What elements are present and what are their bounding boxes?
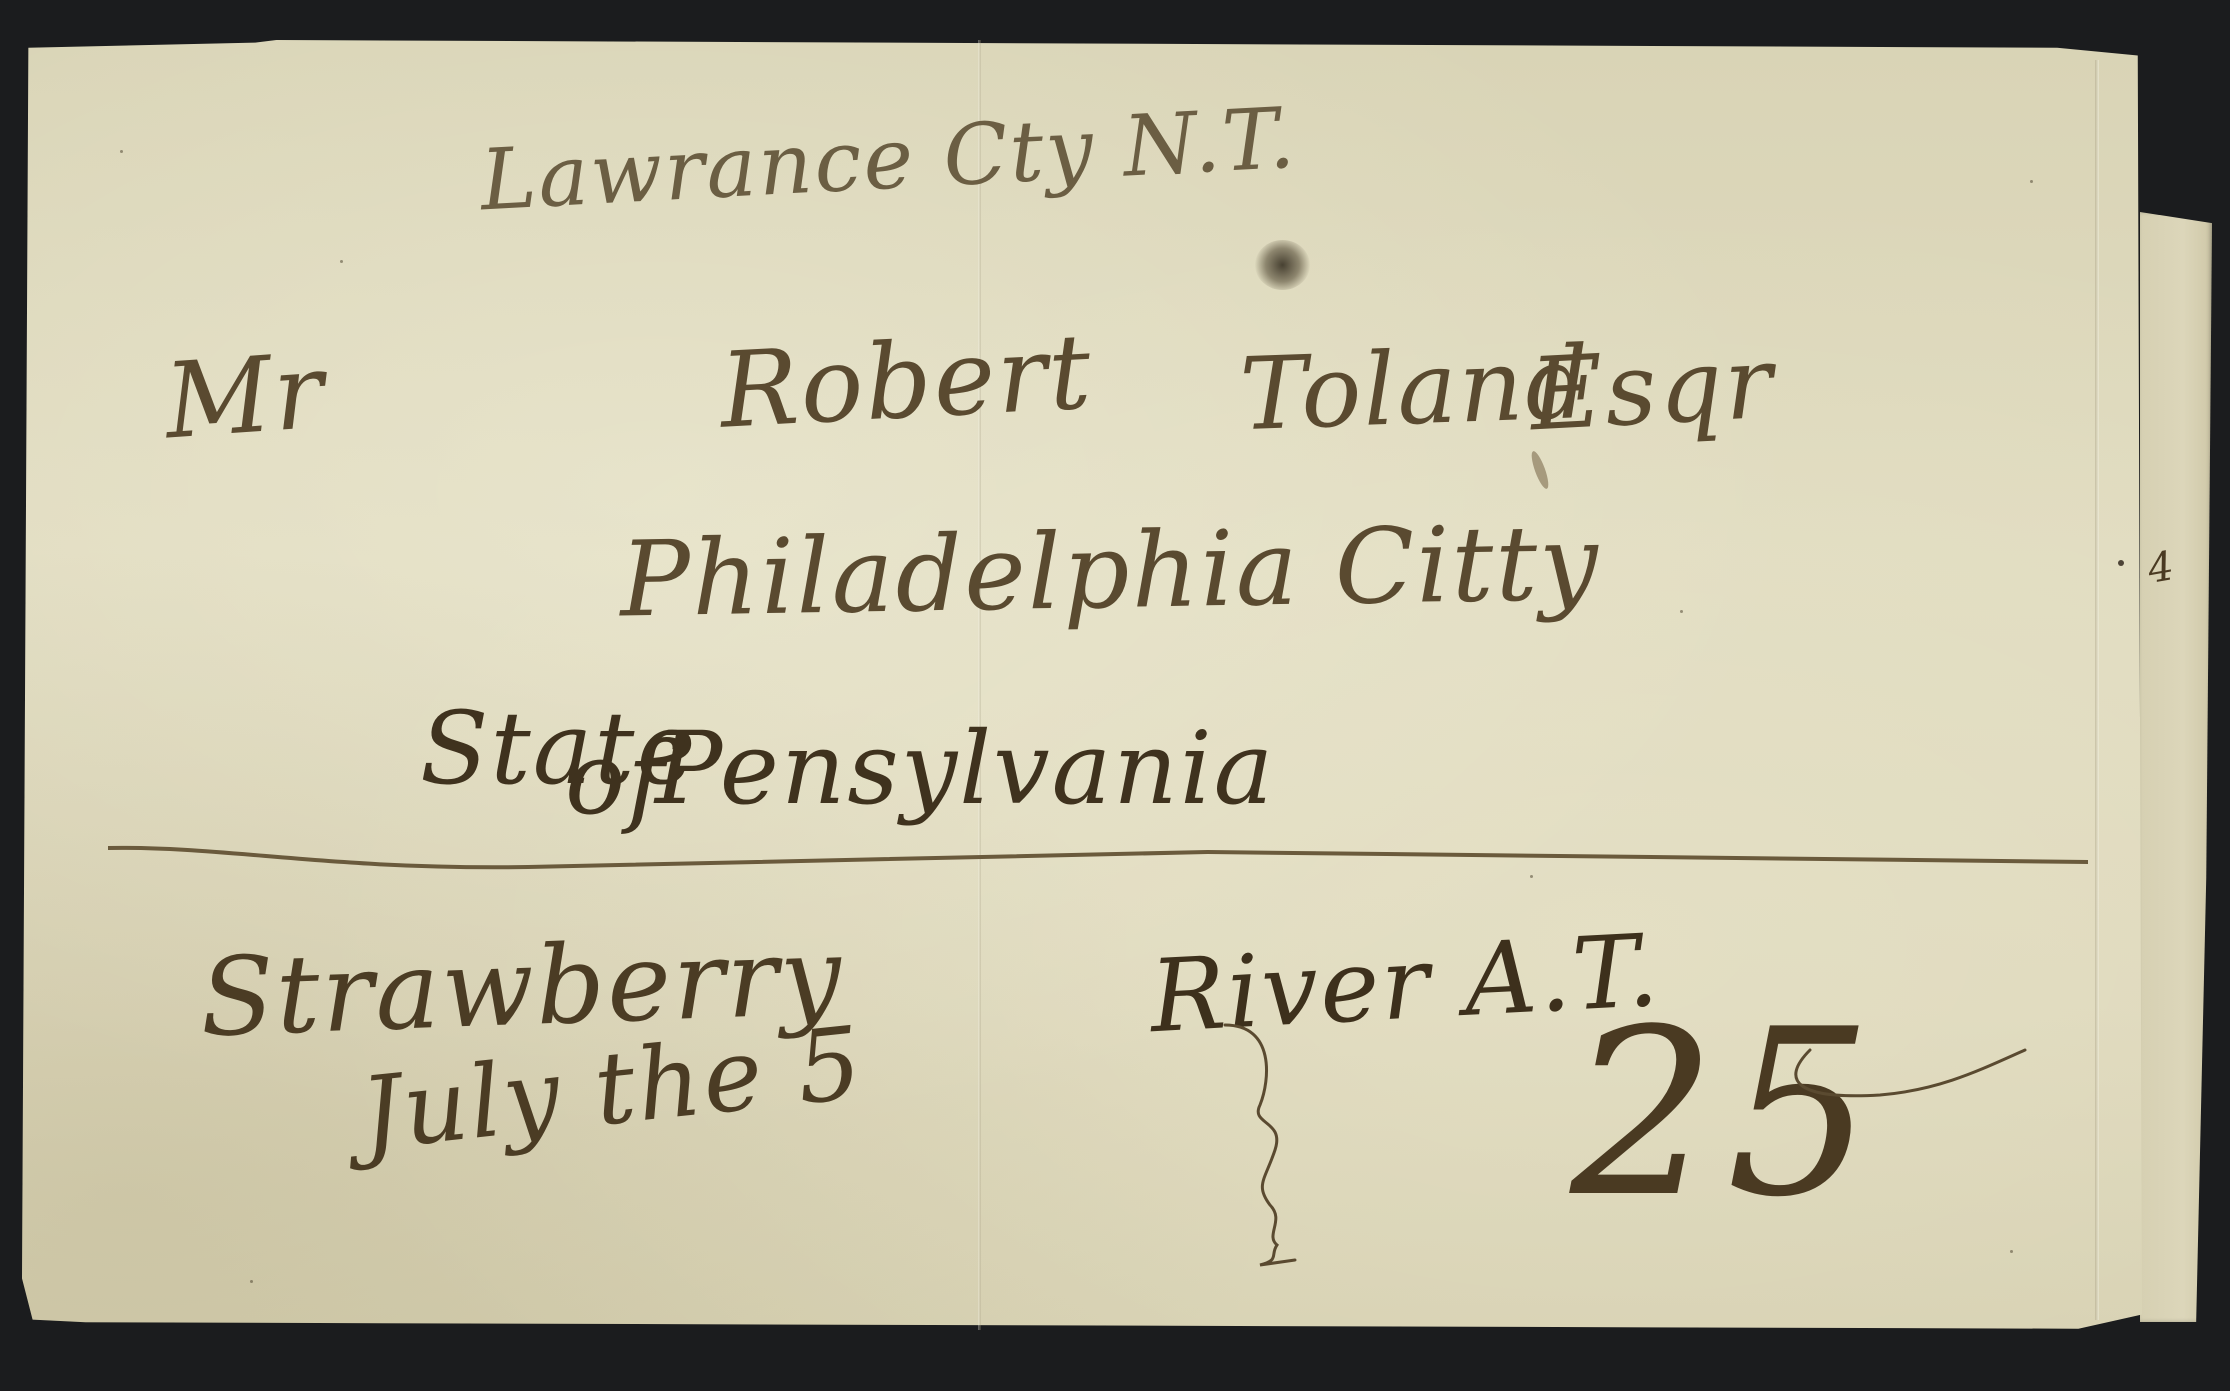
- salutation: Mr: [161, 330, 329, 463]
- state-of: of: [565, 720, 666, 837]
- bracket-squiggle-mark: [1215, 1020, 1305, 1270]
- ink-blot: [1255, 240, 1310, 290]
- back-folded-flap: [2140, 212, 2212, 1322]
- center-fold-crease: [978, 40, 981, 1330]
- city-line: Philadelphia Citty: [619, 501, 1601, 640]
- recipient-first-name: Robert: [717, 310, 1095, 451]
- divider-line: [108, 840, 2088, 870]
- recipient-suffix: Esqr: [1527, 324, 1777, 454]
- state-name: Pensylvania: [655, 710, 1275, 827]
- letter-scan: 4 Lawrance Cty N.T. Mr Robert Toland Esq…: [0, 0, 2230, 1391]
- right-fold-crease: [2095, 60, 2099, 1320]
- rate-flourish: [1580, 1020, 2040, 1270]
